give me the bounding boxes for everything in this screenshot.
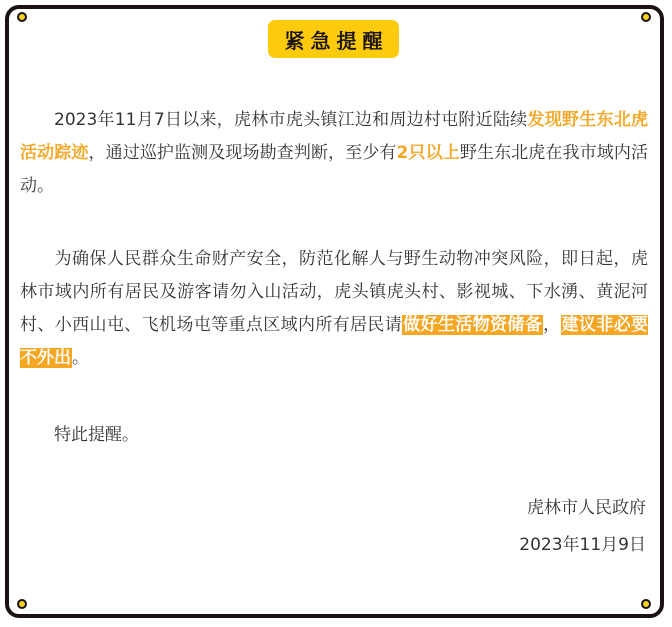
text: 2023年11月7日以来，虎林市虎头镇江边和周边村屯附近陆续: [54, 110, 527, 130]
text: 。: [72, 348, 89, 368]
highlight-box: 做好生活物资储备: [402, 315, 543, 335]
paragraph-closing: 特此提醒。: [20, 419, 648, 452]
text: ，: [543, 315, 560, 335]
corner-dot-icon: [17, 12, 27, 22]
highlight-text: 2只以上: [397, 143, 460, 163]
corner-dot-icon: [17, 599, 27, 609]
corner-dot-icon: [641, 599, 651, 609]
signature-date: 2023年11月9日: [519, 530, 646, 555]
paragraph-advisory: 为确保人民群众生命财产安全，防范化解人与野生动物冲突风险，即日起，虎林市域内所有…: [20, 243, 648, 375]
text: 特此提醒。: [54, 425, 139, 445]
corner-dot-icon: [641, 12, 651, 22]
title-badge: 紧急提醒: [268, 20, 399, 58]
notice-title: 紧急提醒: [279, 25, 389, 54]
paragraph-incident: 2023年11月7日以来，虎林市虎头镇江边和周边村屯附近陆续发现野生东北虎活动踪…: [20, 104, 648, 203]
signature-org: 虎林市人民政府: [527, 493, 646, 518]
text: ，通过巡护监测及现场勘查判断，至少有: [88, 143, 396, 163]
